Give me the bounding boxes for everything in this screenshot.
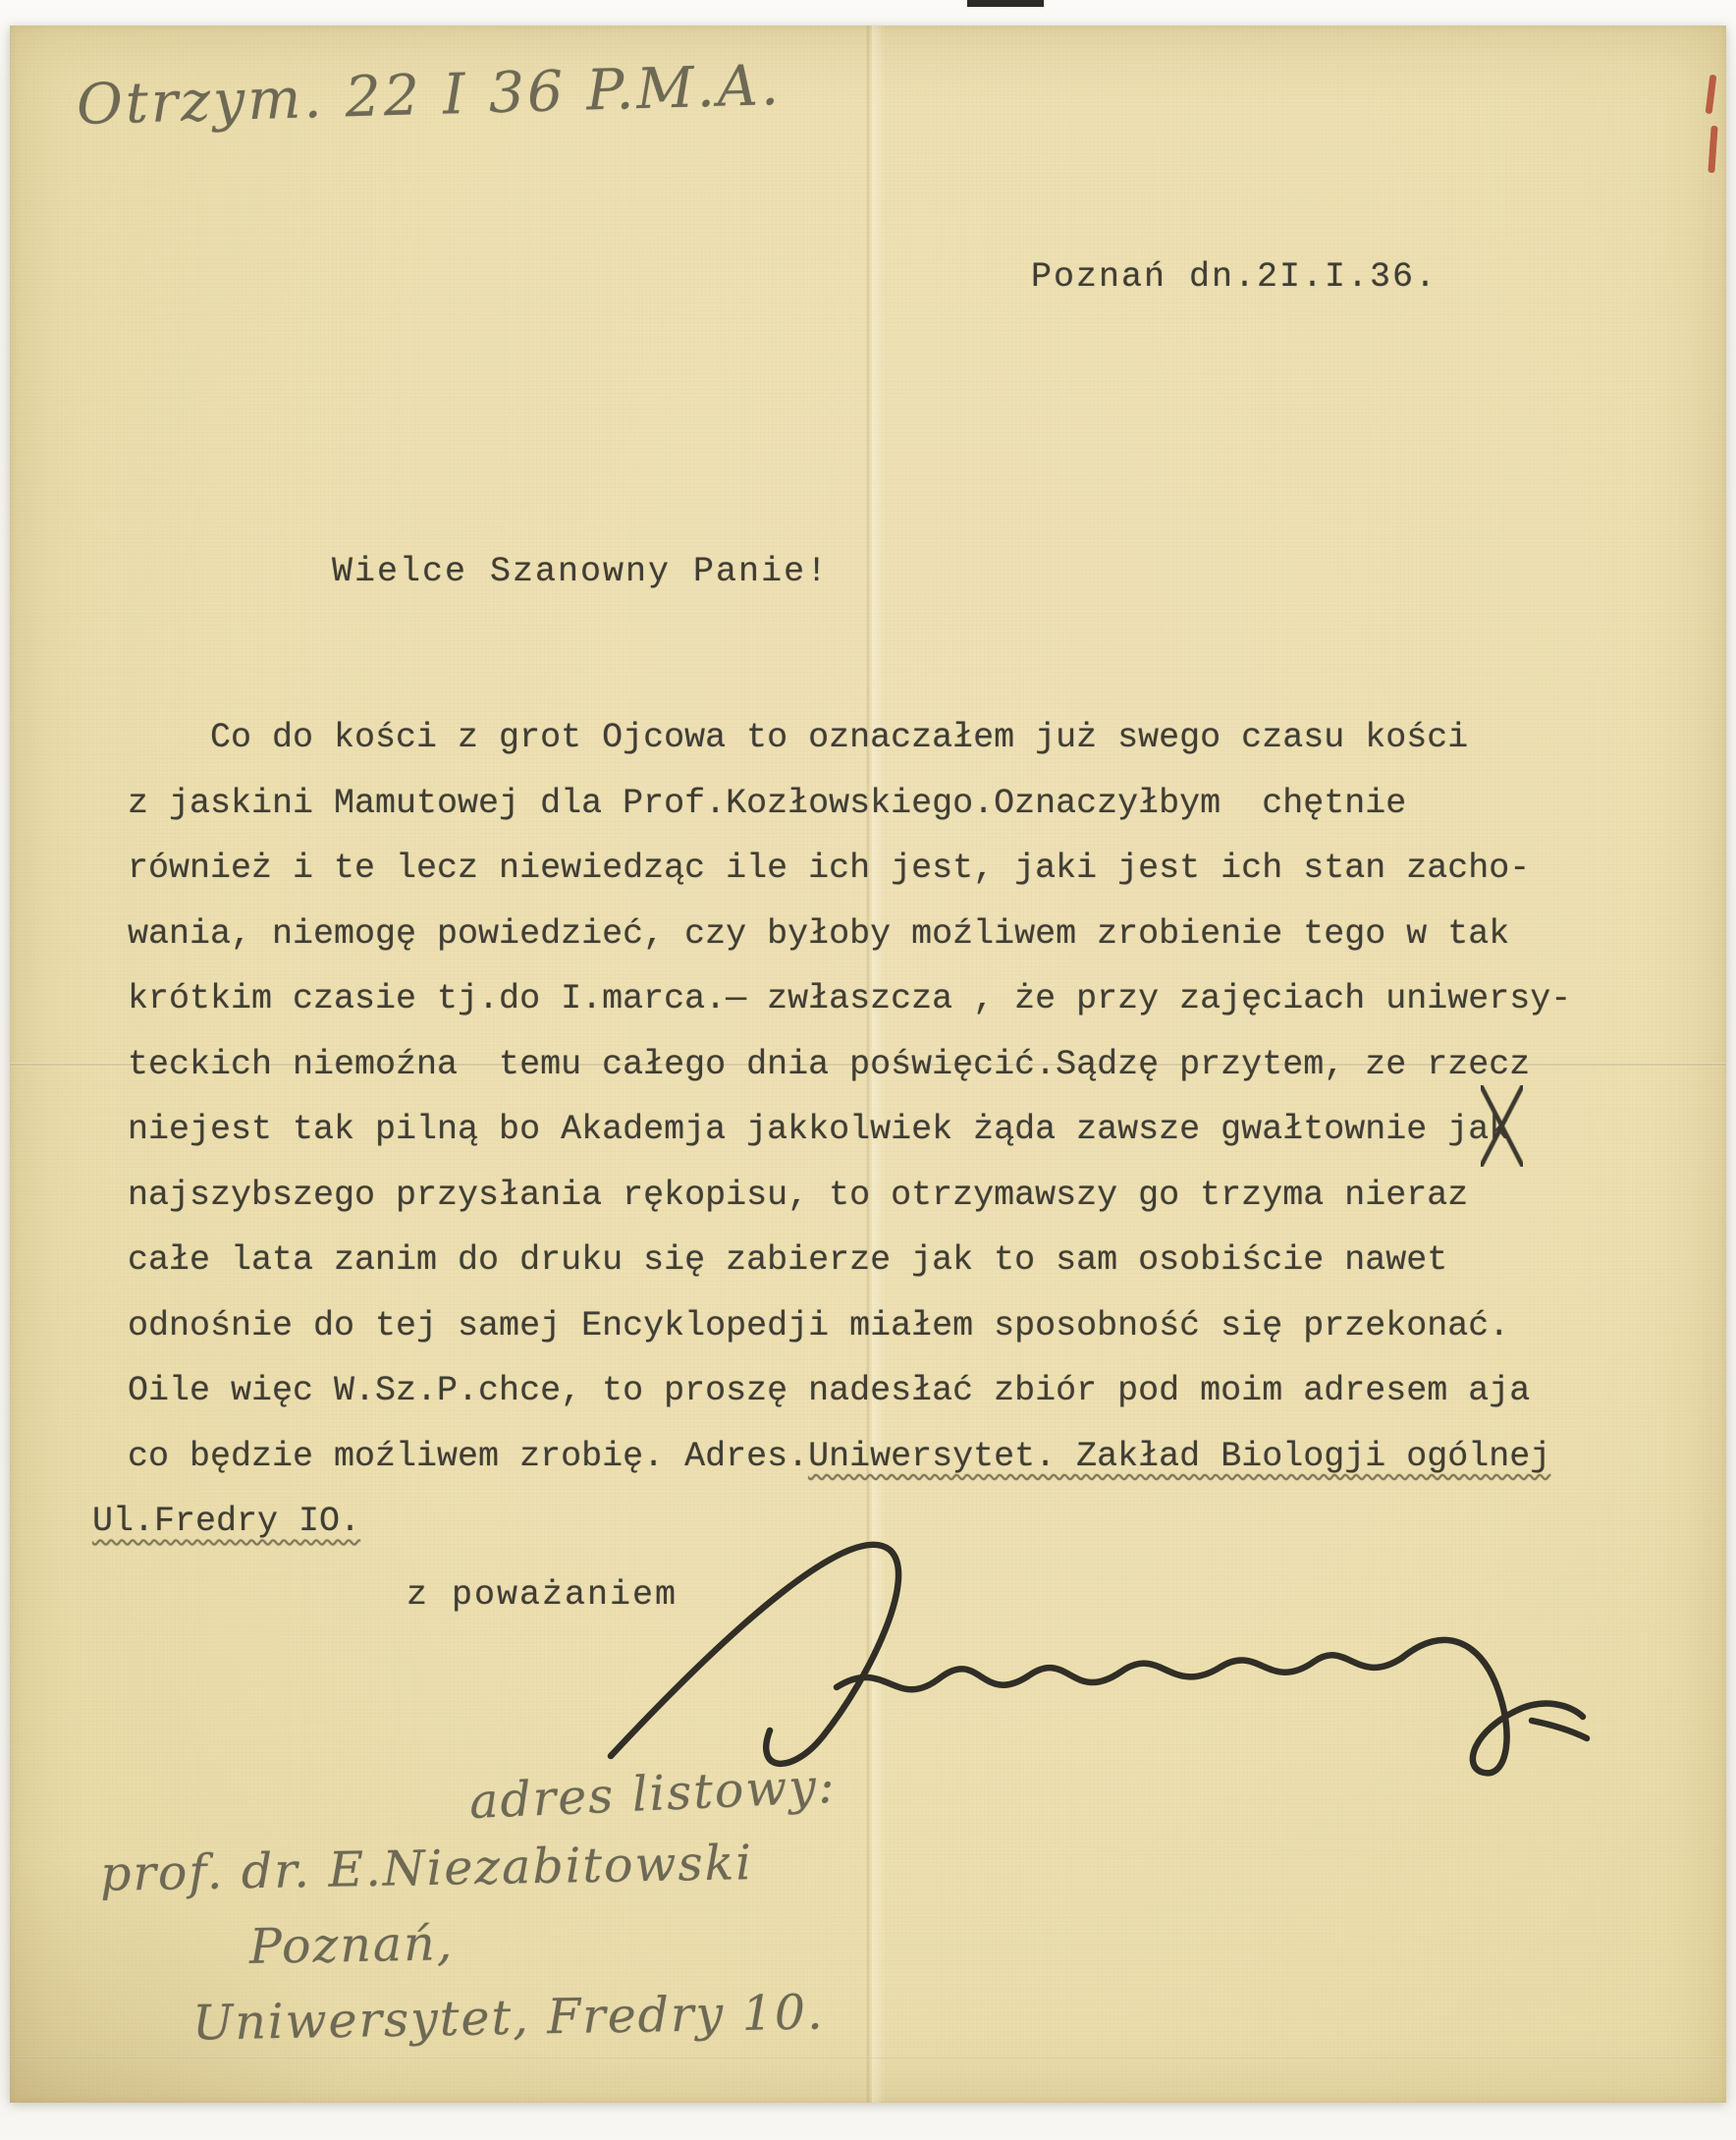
scanner-edge-mark [967, 0, 1044, 7]
letter-paper: Otrzym. 22 I 36 P.M.A. Poznań dn.2I.I.36… [10, 26, 1726, 2103]
address-note-label: adres listowy: [468, 1758, 838, 1830]
address-note: adres listowy: prof. dr. E.Niezabitowski… [10, 26, 1726, 2103]
scanned-letter-page: Otrzym. 22 I 36 P.M.A. Poznań dn.2I.I.36… [0, 0, 1736, 2140]
address-note-line: prof. dr. E.Niezabitowski [100, 1835, 754, 1902]
address-note-line: Uniwersytet, Fredry 10. [192, 1984, 826, 2051]
address-note-line: Poznań, [249, 1915, 455, 1975]
